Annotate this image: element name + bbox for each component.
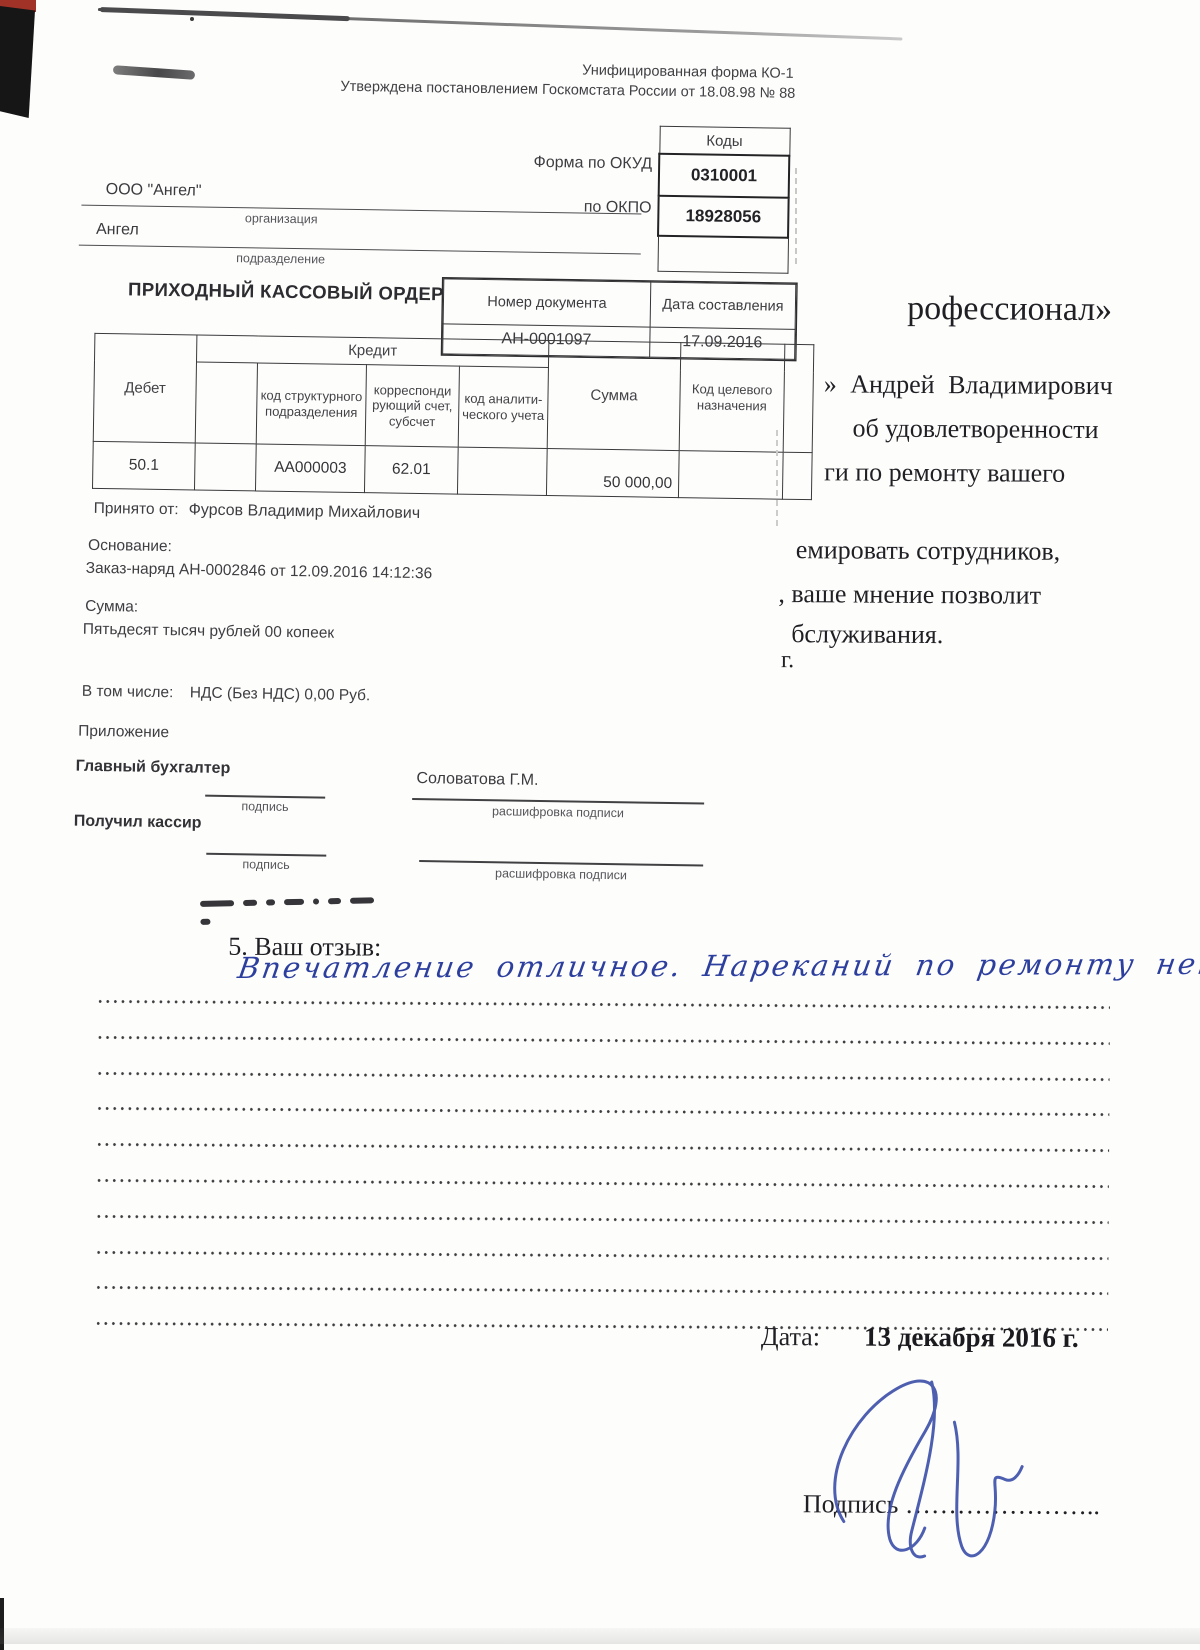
tail-value-cell: [782, 452, 812, 499]
sum-header: Сумма: [547, 341, 681, 451]
scanned-page: рофессионал» » Андрей Владимирович об уд…: [0, 0, 1200, 1650]
basis-label: Основание:: [88, 537, 172, 556]
date-label: Дата:: [761, 1322, 820, 1352]
form-title: ПРИХОДНЫЙ КАССОВЫЙ ОРДЕР: [128, 278, 444, 305]
tail-header-cell: [783, 344, 814, 452]
form-code-note: Унифицированная форма КО-1: [384, 59, 794, 81]
dotted-line: [97, 1178, 1109, 1189]
codes-table: Коды 0310001 18928056: [656, 126, 790, 274]
dotted-line: [97, 1214, 1109, 1225]
form-approval-note: Утверждена постановлением Госкомстата Ро…: [333, 79, 795, 102]
accepted-from-label: Принято от:: [94, 500, 179, 519]
dotted-line: [96, 1250, 1108, 1261]
struct-code-header: код структурного подразделения: [256, 363, 366, 446]
okpo-value: 18928056: [658, 196, 789, 238]
dotted-line: [96, 1285, 1108, 1296]
debit-value: 50.1: [93, 441, 196, 490]
dotted-line: [98, 999, 1110, 1010]
obscured-dash: [284, 899, 304, 905]
obscured-dash: [350, 897, 374, 904]
accounting-table: Дебет Кредит Сумма Код целевого назначен…: [92, 333, 814, 500]
attachment-label: Приложение: [78, 723, 169, 742]
obscured-dash: [243, 900, 257, 906]
cashier-label: Получил кассир: [74, 813, 202, 833]
including-label: В том числе:: [82, 683, 174, 702]
handwritten-signature: [811, 1359, 1047, 1575]
scan-bottom-strip: [0, 1628, 1200, 1644]
codes-title: Коды: [659, 126, 789, 156]
paper-edge-dashes: [795, 168, 797, 264]
anal-code-header: код аналити- ческого учета: [458, 366, 548, 448]
accountant-name: Соловатова Г.М.: [416, 770, 538, 790]
obscured-dash: [266, 899, 275, 905]
obscured-dash: [328, 898, 341, 904]
dotted-line: [97, 1142, 1109, 1153]
letter-date: Дата: 13 декабря 2016 г.: [761, 1321, 1079, 1354]
chief-accountant-label: Главный бухгалтер: [75, 758, 230, 778]
cashier-signature-caption: подпись: [206, 857, 326, 873]
target-code-header: Код целевого назначения: [679, 343, 785, 453]
codes-empty-cell: [657, 236, 788, 274]
cashier-decryption-caption: расшифровка подписи: [419, 865, 703, 883]
organization-value: ООО "Ангел": [106, 181, 202, 201]
accepted-from-value: Фурсов Владимир Михайлович: [189, 501, 421, 523]
struct-code-value: АА000003: [255, 444, 365, 493]
division-value: Ангел: [96, 221, 139, 240]
obscured-dash: [200, 900, 234, 907]
sum-value: 50 000,00: [546, 449, 679, 498]
dotted-line: [98, 1071, 1110, 1082]
okud-value: 0310001: [659, 154, 790, 198]
vat-value: НДС (Без НДС) 0,00 Руб.: [190, 684, 371, 705]
credit-blank-header: [195, 362, 257, 444]
date-value: 13 декабря 2016 г.: [864, 1322, 1079, 1354]
target-code-value: [678, 451, 783, 500]
amount-in-words: Пятьдесят тысяч рублей 00 копеек: [83, 621, 335, 643]
obscured-dash: [313, 898, 319, 904]
corr-account-header: корреспонди рующий счет, субсчет: [365, 365, 459, 447]
basis-value: Заказ-наряд АН-0002846 от 12.09.2016 14:…: [86, 560, 433, 583]
doc-date-label: Дата составления: [650, 282, 796, 329]
paper-edge-dashes: [776, 430, 778, 526]
amount-label: Сумма:: [85, 598, 138, 617]
division-caption: подразделение: [181, 250, 381, 267]
okpo-label: по ОКПО: [481, 197, 651, 218]
ko1-form: Унифицированная форма КО-1 Утверждена по…: [0, 0, 1200, 962]
accountant-signature-caption: подпись: [205, 799, 325, 815]
organization-caption: организация: [181, 210, 381, 227]
scan-speck: [190, 17, 194, 21]
accountant-decryption-caption: расшифровка подписи: [412, 803, 704, 822]
doc-number-label: Номер документа: [443, 279, 651, 327]
debit-header: Дебет: [93, 333, 197, 443]
dotted-line: [97, 1106, 1109, 1117]
dotted-line: [98, 1035, 1110, 1046]
credit-blank-value: [194, 443, 256, 491]
obscured-dash: [200, 918, 210, 924]
anal-code-value: [457, 447, 547, 495]
okud-label: Форма по ОКУД: [482, 153, 652, 174]
corr-account-value: 62.01: [364, 446, 458, 494]
